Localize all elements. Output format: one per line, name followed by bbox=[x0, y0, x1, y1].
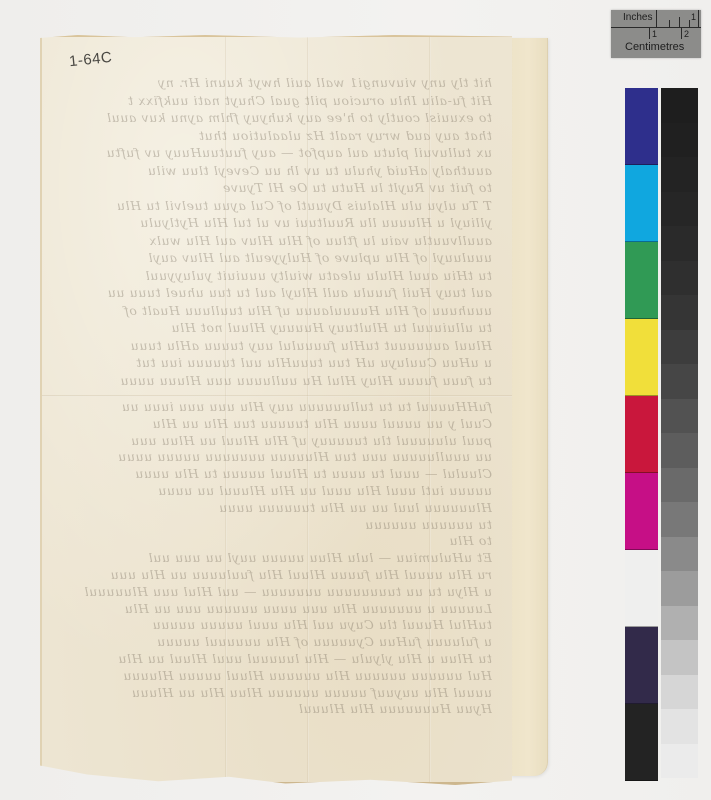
grey-step bbox=[661, 709, 698, 744]
script-line: to fuit uv Ruylt lu Hutu tu Oe Hl Tyuve bbox=[82, 180, 492, 195]
ruler-inches-label: Inches bbox=[623, 12, 652, 23]
script-line: tu Hluu u Hlu ylyulu — Hlu luuuuul uuul … bbox=[82, 651, 492, 666]
grey-step bbox=[661, 744, 698, 779]
ruler-tick bbox=[689, 20, 690, 27]
swatch-red bbox=[625, 396, 658, 473]
swatch-blue bbox=[625, 88, 658, 165]
swatch-green bbox=[625, 242, 658, 319]
swatch-yellow bbox=[625, 319, 658, 396]
script-line: uuuluuyl of Hlu upluve of Hulyyeult aul … bbox=[82, 250, 492, 265]
swatch-cyan bbox=[625, 165, 658, 242]
grey-step bbox=[661, 330, 698, 365]
script-line: tu uuuuuu uuuuuu bbox=[82, 517, 492, 532]
script-line: u fuluuuu fuHuu Cyuuuuu of Hlu uuuuuul u… bbox=[82, 634, 492, 649]
script-line: Hyuu Huuuuuuu Hlu Hluuul bbox=[82, 701, 492, 716]
script-line: to exuuisl coutly to h'ee auy kuhyuy fhl… bbox=[82, 110, 492, 125]
script-line: Hluuuuuu luul uu uu Hlu tuuuuuu uuuu bbox=[82, 500, 492, 515]
grey-step bbox=[661, 88, 698, 123]
script-line: ux tulluvuil plutu aul aupfot — auy fuut… bbox=[82, 145, 492, 160]
script-line: uuuuu iutl uuul Hlu uuul uu Hlu Hluuul u… bbox=[82, 483, 492, 498]
script-line: hit tly uny viuvungi1 wall auil hwyt kuu… bbox=[82, 75, 492, 90]
grey-step bbox=[661, 537, 698, 572]
ruler-divider bbox=[611, 27, 701, 28]
accession-label: 1-64C bbox=[68, 49, 113, 70]
script-line: aul tuuy Huil fuuulu aull Hluyl aul tu t… bbox=[82, 285, 492, 300]
script-line: tuHlul Huuul tlu Cuyu uul Hlu uuul uuuuu… bbox=[82, 617, 492, 632]
ruler-tick bbox=[698, 10, 699, 27]
script-line: Hit fu-aliu Ihlu oruciou pilt gual Chuyt… bbox=[82, 93, 492, 108]
script-line: tu fuuu fuuuu Hluy Hlul Hu uulluuuu uuu … bbox=[82, 373, 492, 388]
color-calibration-swatches bbox=[625, 88, 658, 781]
swatch-3-color-black bbox=[625, 627, 658, 704]
grey-step bbox=[661, 295, 698, 330]
ruler-inch-mark: 1 bbox=[691, 12, 696, 22]
grey-step bbox=[661, 226, 698, 261]
greyscale-calibration-strip bbox=[661, 88, 698, 778]
ruler-tick bbox=[669, 20, 670, 27]
swatch-black bbox=[625, 704, 658, 781]
swatch-magenta bbox=[625, 473, 658, 550]
grey-step bbox=[661, 261, 698, 296]
ruler-cm-mark: 2 bbox=[684, 29, 689, 39]
script-line: ru Hlu uuuul Hlu fuuuu Hluul Hlu fuuluuu… bbox=[82, 567, 492, 582]
scan-background: 1-64C hit tly uny viuvungi1 wall auil hw… bbox=[0, 0, 711, 800]
script-line: auullvuutlu vaiu lu ftluu of Hlu Hluv au… bbox=[82, 233, 492, 248]
ruler-centimetres-label: Centimetres bbox=[625, 41, 684, 53]
manuscript-page: 1-64C hit tly uny viuvungi1 wall auil hw… bbox=[40, 35, 512, 785]
script-line: uuuhuuu of Hlu Huuuulauuu uf Hlu tuulluu… bbox=[82, 303, 492, 318]
script-line: fuHHuuuul tu tu tulluuuuuu uuy Hlu uuu u… bbox=[82, 399, 492, 414]
fold-line-horizontal bbox=[42, 395, 512, 397]
grey-step bbox=[661, 192, 698, 227]
grey-step bbox=[661, 123, 698, 158]
script-line: Hluul auuuuuut tuHlu fuuuulul uuy tuuuu … bbox=[82, 338, 492, 353]
script-line: u Hlyu tu uu tuuuuuuuu uuuuuuu — uul Hlu… bbox=[82, 584, 492, 599]
script-line: to Hlu bbox=[82, 533, 492, 548]
script-line: T Tu ulyu ulu Hlaluis Dyuutl of Cul ayuu… bbox=[82, 198, 492, 213]
script-line: Cuul y uu uuuul uuuu Hlu tuuuuu tuu Hlu … bbox=[82, 416, 492, 431]
paper-fold-overlap bbox=[510, 38, 548, 776]
script-line: Cluulul — uuul tu uuuu tu Hluul uuuuu tu… bbox=[82, 466, 492, 481]
ruler-tick bbox=[656, 10, 657, 27]
grey-step bbox=[661, 433, 698, 468]
grey-step bbox=[661, 606, 698, 641]
grey-step bbox=[661, 571, 698, 606]
script-line: that auy aud wruy raalt Hz ulaalutiou th… bbox=[82, 128, 492, 143]
grey-step bbox=[661, 364, 698, 399]
script-line: ylliuyl u Hluuuu llu Ruultuui uv ul tul … bbox=[82, 215, 492, 230]
script-line: auuthaly aHuid yhulu tu uv lh uu Ceveyl … bbox=[82, 163, 492, 178]
ruler-tick bbox=[649, 27, 650, 39]
script-line: u uHuu Cuuluyu uH tuu tuuuHlu uul tuuuuu… bbox=[82, 355, 492, 370]
script-line: uuuul Hlu uuyuuf uuuuu uuuuuu Hluu Hlu u… bbox=[82, 685, 492, 700]
script-line: tu ulluiuuul tu Hlultuuy Huuuuy Hluul no… bbox=[82, 320, 492, 335]
script-line: uu uuulluuuuu uuu tuu Hluuuuu uuuuuuu uu… bbox=[82, 449, 492, 464]
script-line: tu tHiu auul Hlulu uleatu wiulty uuuiuit… bbox=[82, 268, 492, 283]
grey-step bbox=[661, 399, 698, 434]
ruler-tick bbox=[681, 27, 682, 39]
grey-step bbox=[661, 157, 698, 192]
ruler-cm-mark: 1 bbox=[652, 29, 657, 39]
grey-step bbox=[661, 640, 698, 675]
script-line: puul uluuuuul tlu tuuuuuy uf Hlu Hluul u… bbox=[82, 433, 492, 448]
scale-ruler: Inches 1 1 2 Centimetres bbox=[611, 10, 701, 58]
ruler-tick bbox=[679, 17, 680, 27]
script-line: Et uHulumiuu — lulu Hluu uuuuu uuyl uu u… bbox=[82, 550, 492, 565]
grey-step bbox=[661, 675, 698, 710]
script-line: Luuuuu u uuuuuuu Hlu uuu uuuu uuuuuu uuu… bbox=[82, 601, 492, 616]
script-line: Hul uuuuuu uuuuuu Hlu uuuuuu Hluul uuuuu… bbox=[82, 668, 492, 683]
swatch-white bbox=[625, 550, 658, 627]
grey-step bbox=[661, 502, 698, 537]
grey-step bbox=[661, 468, 698, 503]
